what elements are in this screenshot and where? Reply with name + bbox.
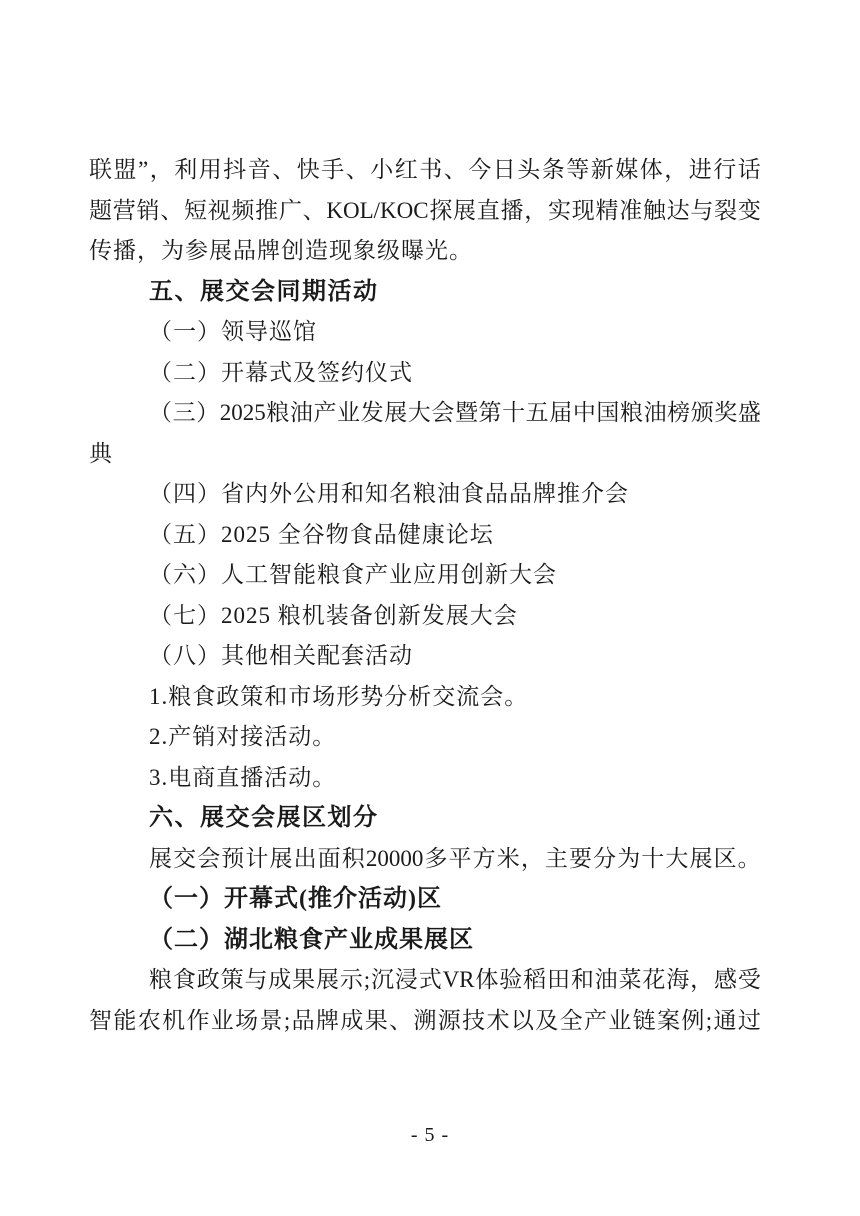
document-body: 联盟”，利用抖音、快手、小红书、今日头条等新媒体，进行话题营销、短视频推广、KO… <box>89 150 761 1041</box>
text-line: 联盟”，利用抖音、快手、小红书、今日头条等新媒体，进行话 <box>89 150 761 191</box>
text-line: 2.产销对接活动。 <box>89 717 761 758</box>
text-line: （二）湖北粮食产业成果展区 <box>89 920 761 961</box>
text-line: 展交会预计展出面积20000多平方米，主要分为十大展区。 <box>89 839 761 880</box>
text-line: 智能农机作业场景;品牌成果、溯源技术以及全产业链案例;通过 <box>89 1001 761 1042</box>
text-line: 六、展交会展区划分 <box>89 798 761 839</box>
text-line: （二）开幕式及签约仪式 <box>89 353 761 394</box>
text-line: （五）2025 全谷物食品健康论坛 <box>89 515 761 556</box>
page-footer: - 5 - <box>0 1124 860 1147</box>
text-line: （四）省内外公用和知名粮油食品品牌推介会 <box>89 474 761 515</box>
text-line: 传播，为参展品牌创造现象级曝光。 <box>89 231 761 272</box>
text-line: （一）开幕式(推介活动)区 <box>89 879 761 920</box>
text-line: 3.电商直播活动。 <box>89 758 761 799</box>
text-line: 题营销、短视频推广、KOL/KOC探展直播，实现精准触达与裂变 <box>89 191 761 232</box>
text-line: 五、展交会同期活动 <box>89 272 761 313</box>
text-line: （七）2025 粮机装备创新发展大会 <box>89 596 761 637</box>
text-line: （八）其他相关配套活动 <box>89 636 761 677</box>
page-number: - 5 - <box>411 1124 449 1146</box>
text-line: （一）领导巡馆 <box>89 312 761 353</box>
text-line: （三）2025粮油产业发展大会暨第十五届中国粮油榜颁奖盛 <box>89 393 761 434</box>
text-line: （六）人工智能粮食产业应用创新大会 <box>89 555 761 596</box>
document-page: 联盟”，利用抖音、快手、小红书、今日头条等新媒体，进行话题营销、短视频推广、KO… <box>0 0 860 1216</box>
text-line: 1.粮食政策和市场形势分析交流会。 <box>89 677 761 718</box>
text-line: 典 <box>89 434 761 475</box>
text-line: 粮食政策与成果展示;沉浸式VR体验稻田和油菜花海，感受 <box>89 960 761 1001</box>
